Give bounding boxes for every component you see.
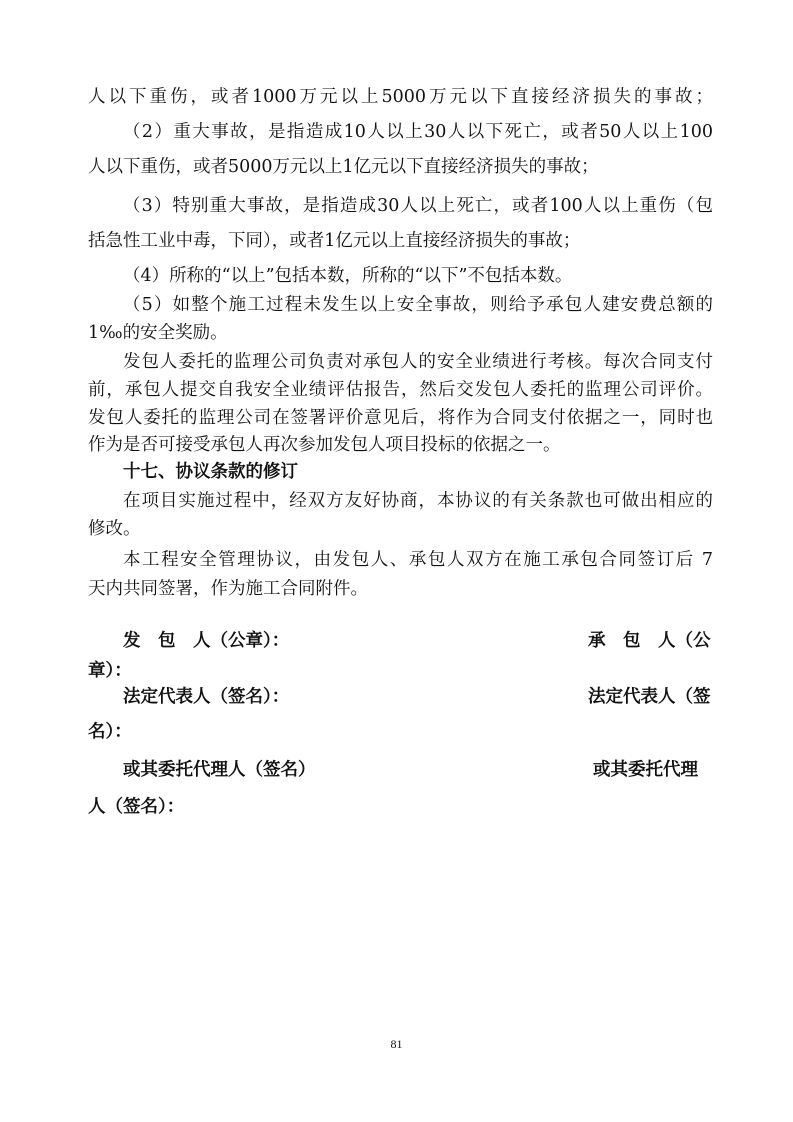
signature-employer-rep: 法定代表人（签名）： <box>123 686 289 708</box>
body-line: （5）如整个施工过程未发生以上安全事故，则给予承包人建安费总额的 <box>123 294 713 316</box>
body-line: 本工程安全管理协议，由发包人、承包人双方在施工承包合同签订后 7 <box>123 549 713 571</box>
body-line: 1‰的安全奖励。 <box>88 322 228 344</box>
section-heading: 十七、协议条款的修订 <box>123 461 298 483</box>
signature-contractor-seal: 承 包 人（公 <box>588 630 711 652</box>
body-line: 括急性工业中毒，下同），或者1亿元以上直接经济损失的事故； <box>88 230 580 252</box>
body-line: （4）所称的“以上”包括本数，所称的“以下”不包括本数。 <box>123 265 572 287</box>
body-line: 发包人委托的监理公司在签署评价意见后，将作为合同支付依据之一，同时也 <box>88 407 713 429</box>
signature-employer-agent: 或其委托代理人（签名） <box>123 759 316 781</box>
signature-wrap: 章）： <box>88 660 132 682</box>
body-line: 修改。 <box>88 518 141 540</box>
signature-contractor-agent: 或其委托代理 <box>593 759 698 781</box>
body-line: 人以下重伤，或者5000万元以上1亿元以下直接经济损失的事故； <box>88 156 599 178</box>
signature-wrap: 人（签名）： <box>88 796 184 818</box>
body-line: 人以下重伤，或者1000万元以上5000万元以下直接经济损失的事故； <box>88 86 713 108</box>
body-line: （2）重大事故，是指造成10人以上30人以下死亡，或者50人以上100 <box>123 121 713 143</box>
body-line: 作为是否可接受承包人再次参加发包人项目投标的依据之一。 <box>88 434 561 456</box>
signature-wrap: 名）： <box>88 721 132 743</box>
body-line: 发包人委托的监理公司负责对承包人的安全业绩进行考核。每次合同支付 <box>123 351 713 373</box>
body-line: （3）特别重大事故，是指造成30人以上死亡，或者100人以上重伤（包 <box>123 195 713 217</box>
signature-employer-seal: 发 包 人（公章）： <box>123 630 289 652</box>
body-line: 在项目实施过程中，经双方友好协商，本协议的有关条款也可做出相应的 <box>123 490 713 512</box>
signature-contractor-rep: 法定代表人（签 <box>588 686 711 708</box>
body-line: 前，承包人提交自我安全业绩评估报告，然后交发包人委托的监理公司评价。 <box>88 379 713 401</box>
body-line: 天内共同签署，作为施工合同附件。 <box>88 578 368 600</box>
page-number: 81 <box>0 1037 793 1052</box>
